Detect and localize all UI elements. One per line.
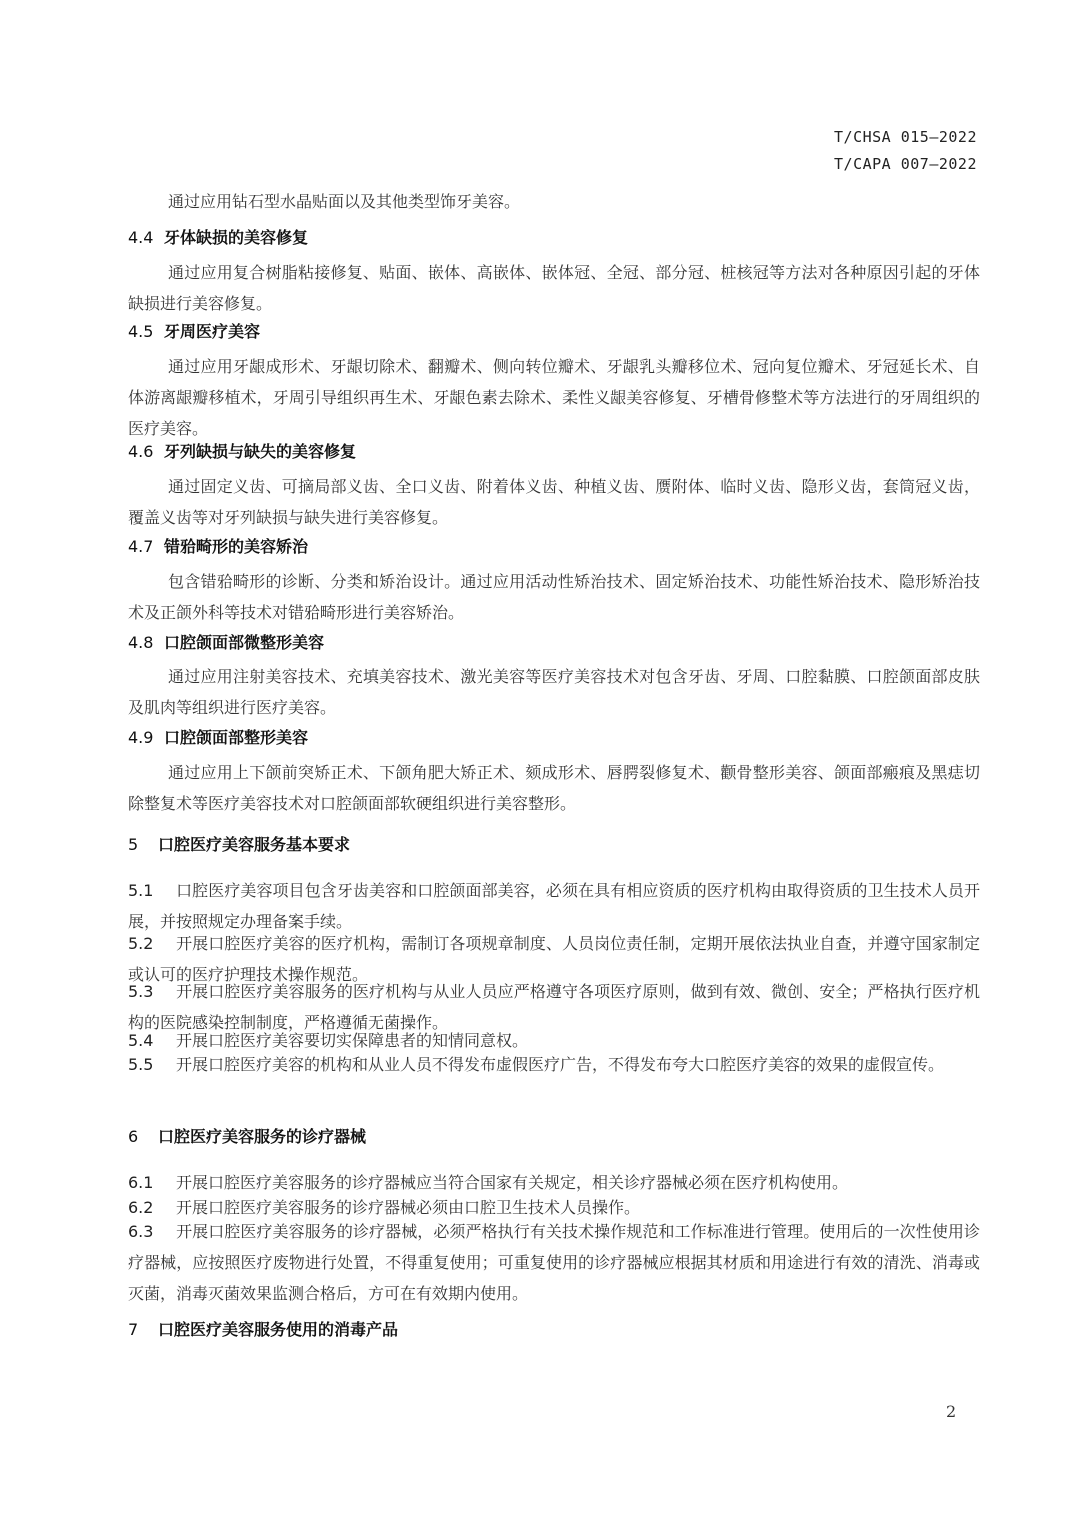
heading-section-6: 6口腔医疗美容服务的诊疗器械 bbox=[128, 1125, 366, 1149]
heading-section-7: 7口腔医疗美容服务使用的消毒产品 bbox=[128, 1318, 398, 1342]
heading-4-5: 4.5牙周医疗美容 bbox=[128, 320, 260, 344]
paragraph-4-4: 通过应用复合树脂粘接修复、贴面、嵌体、高嵌体、嵌体冠、全冠、部分冠、桩核冠等方法… bbox=[128, 257, 980, 319]
clause-6-3: 6.3开展口腔医疗美容服务的诊疗器械，必须严格执行有关技术操作规范和工作标准进行… bbox=[128, 1216, 980, 1309]
standard-number-capa: T/CAPA 007—2022 bbox=[834, 155, 977, 173]
heading-4-4: 4.4牙体缺损的美容修复 bbox=[128, 226, 308, 250]
heading-4-6: 4.6牙列缺损与缺失的美容修复 bbox=[128, 440, 356, 464]
paragraph-4-5: 通过应用牙龈成形术、牙龈切除术、翻瓣术、侧向转位瓣术、牙龈乳头瓣移位术、冠向复位… bbox=[128, 351, 980, 444]
paragraph-4-6: 通过固定义齿、可摘局部义齿、全口义齿、附着体义齿、种植义齿、赝附体、临时义齿、隐… bbox=[128, 471, 980, 533]
heading-4-8: 4.8口腔颌面部微整形美容 bbox=[128, 631, 324, 655]
standard-number-chsa: T/CHSA 015—2022 bbox=[834, 128, 977, 146]
paragraph-4-8: 通过应用注射美容技术、充填美容技术、激光美容等医疗美容技术对包含牙齿、牙周、口腔… bbox=[128, 661, 980, 723]
paragraph-4-9: 通过应用上下颌前突矫正术、下颌角肥大矫正术、颏成形术、唇腭裂修复术、颧骨整形美容… bbox=[128, 757, 980, 819]
heading-4-7: 4.7错𬌗畸形的美容矫治 bbox=[128, 535, 308, 559]
heading-4-9: 4.9口腔颌面部整形美容 bbox=[128, 726, 308, 750]
page-number: 2 bbox=[946, 1402, 956, 1421]
clause-5-5: 5.5开展口腔医疗美容的机构和从业人员不得发布虚假医疗广告，不得发布夸大口腔医疗… bbox=[128, 1049, 980, 1080]
heading-section-5: 5口腔医疗美容服务基本要求 bbox=[128, 833, 350, 857]
continuation-paragraph: 通过应用钻石型水晶贴面以及其他类型饰牙美容。 bbox=[128, 186, 980, 217]
paragraph-4-7: 包含错𬌗畸形的诊断、分类和矫治设计。通过应用活动性矫治技术、固定矫治技术、功能性… bbox=[128, 566, 980, 628]
